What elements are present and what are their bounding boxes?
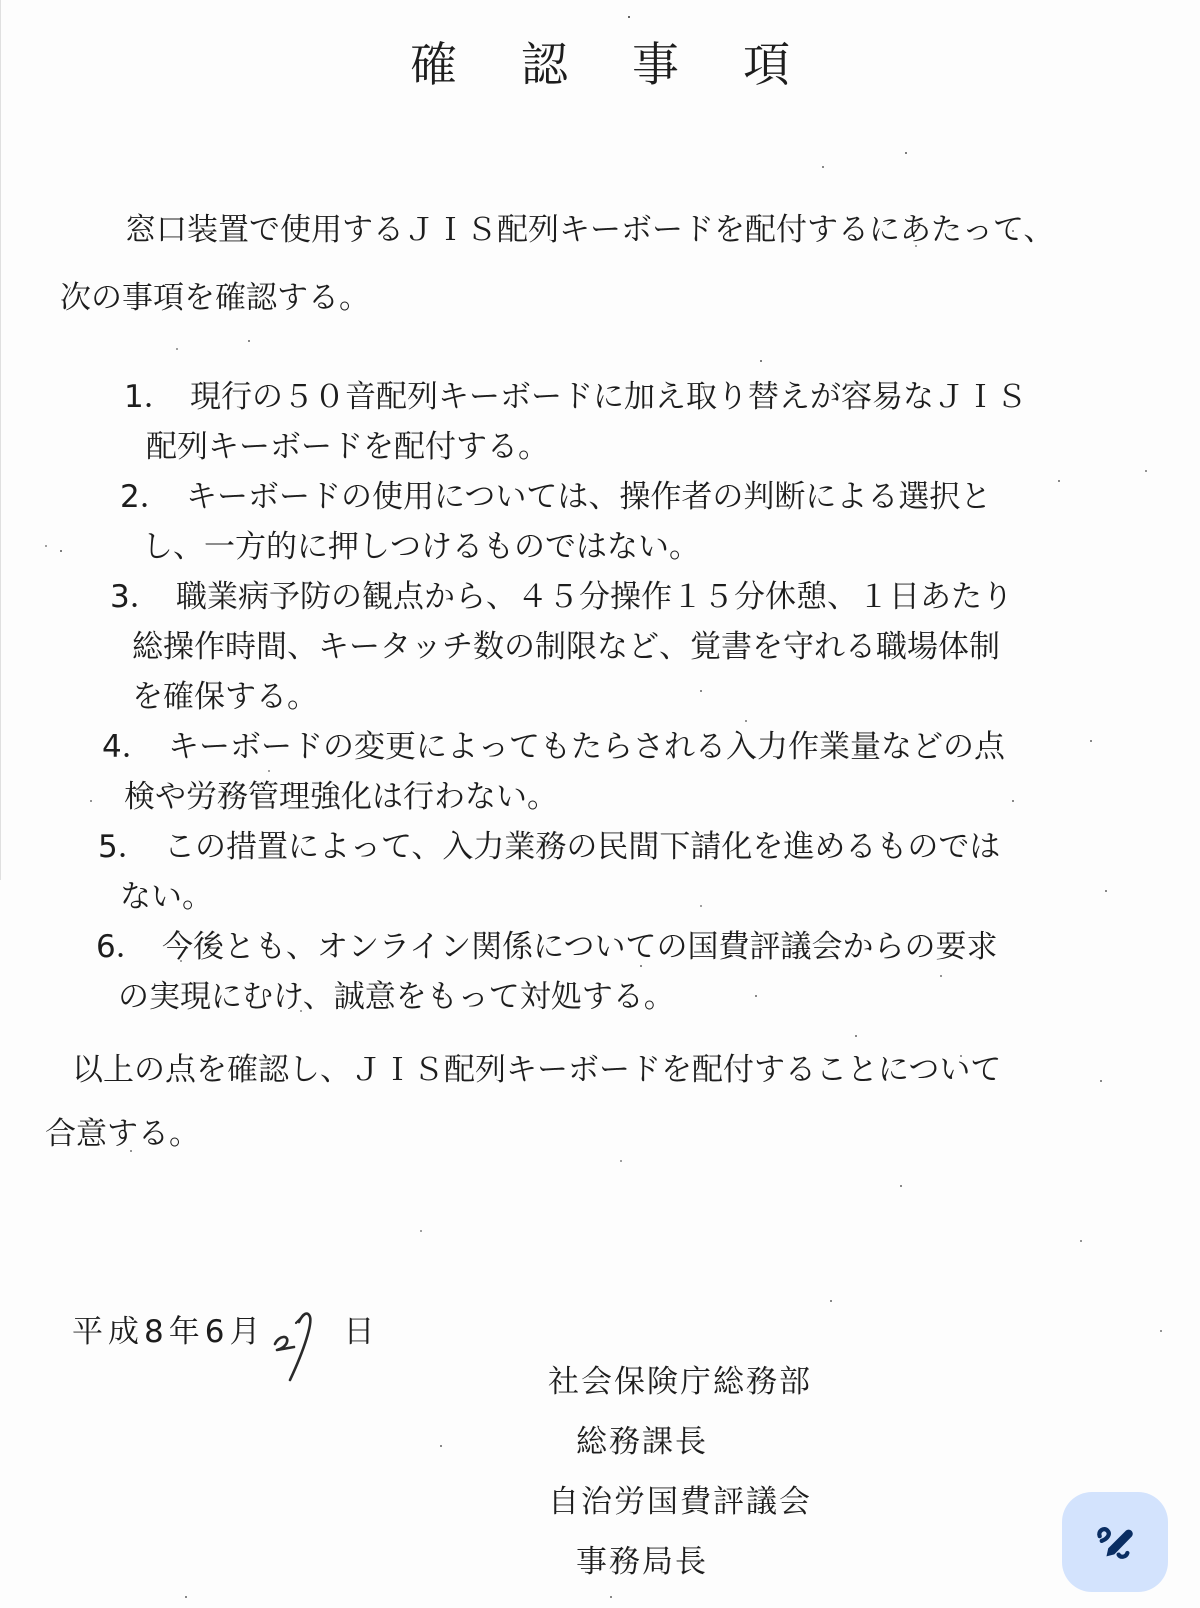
item-number: 2． — [120, 472, 186, 522]
item-text: 現行の５０音配列キーボードに加え取り替えが容易なＪＩＳ 配列キーボードを配付する… — [146, 379, 1027, 465]
item-text: 職業病予防の観点から、４５分操作１５分休憩、１日あたり 総操作時間、キータッチ数… — [132, 579, 1013, 715]
intro-paragraph: 窓口装置で使用するＪＩＳ配列キーボードを配付するにあたって、 次の事項を確認する… — [60, 196, 1065, 332]
item-number: 5． — [98, 822, 164, 872]
signature-line: 自治労国費評議会 — [548, 1472, 812, 1532]
signature-line: 総務課長 — [548, 1412, 812, 1472]
item-number: 1． — [124, 372, 190, 422]
signature-line: 社会保険庁総務部 — [548, 1352, 812, 1412]
annotate-button[interactable] — [1062, 1492, 1168, 1592]
date-day-suffix: 日 — [343, 1306, 379, 1351]
closing-paragraph: 以上の点を確認し、ＪＩＳ配列キーボードを配付することについて 合意する。 — [45, 1038, 1057, 1166]
list-item: 6．今後とも、オンライン関係についての国費評議会からの要求 の実現にむけ、誠意を… — [96, 922, 1052, 1022]
item-number: 6． — [96, 922, 162, 972]
list-item: 5．この措置によって、入力業務の民間下請化を進めるものでは ない。 — [98, 822, 1052, 922]
list-item: 3．職業病予防の観点から、４５分操作１５分休憩、１日あたり 総操作時間、キータッ… — [110, 572, 1052, 722]
item-list: 1．現行の５０音配列キーボードに加え取り替えが容易なＪＩＳ 配列キーボードを配付… — [96, 372, 1052, 1022]
stylus-note-icon — [1088, 1515, 1142, 1569]
item-text: 今後とも、オンライン関係についての国費評議会からの要求 の実現にむけ、誠意をもっ… — [118, 929, 997, 1015]
item-number: 3． — [110, 572, 176, 622]
item-text: この措置によって、入力業務の民間下請化を進めるものでは ない。 — [120, 829, 1000, 915]
date-line: 平成8年6月 日 — [72, 1296, 379, 1360]
list-item: 1．現行の５０音配列キーボードに加え取り替えが容易なＪＩＳ 配列キーボードを配付… — [124, 372, 1052, 472]
list-item: 2．キーボードの使用については、操作者の判断による選択と し、一方的に押しつける… — [120, 472, 1052, 572]
document-title: 確認事項 — [0, 28, 1200, 95]
scan-edge-artifact — [0, 0, 1, 880]
item-text: キーボードの変更によってもたらされる入力作業量などの点 検や労務管理強化は行わな… — [124, 729, 1005, 815]
signature-block: 社会保険庁総務部 総務課長 自治労国費評議会 事務局長 — [548, 1352, 812, 1592]
handwritten-day — [269, 1304, 341, 1396]
date-era-text: 平成8年6月 — [72, 1306, 265, 1351]
item-text: キーボードの使用については、操作者の判断による選択と し、一方的に押しつけるもの… — [142, 479, 991, 565]
list-item: 4．キーボードの変更によってもたらされる入力作業量などの点 検や労務管理強化は行… — [102, 722, 1052, 822]
signature-line: 事務局長 — [548, 1532, 812, 1592]
item-number: 4． — [102, 722, 168, 772]
